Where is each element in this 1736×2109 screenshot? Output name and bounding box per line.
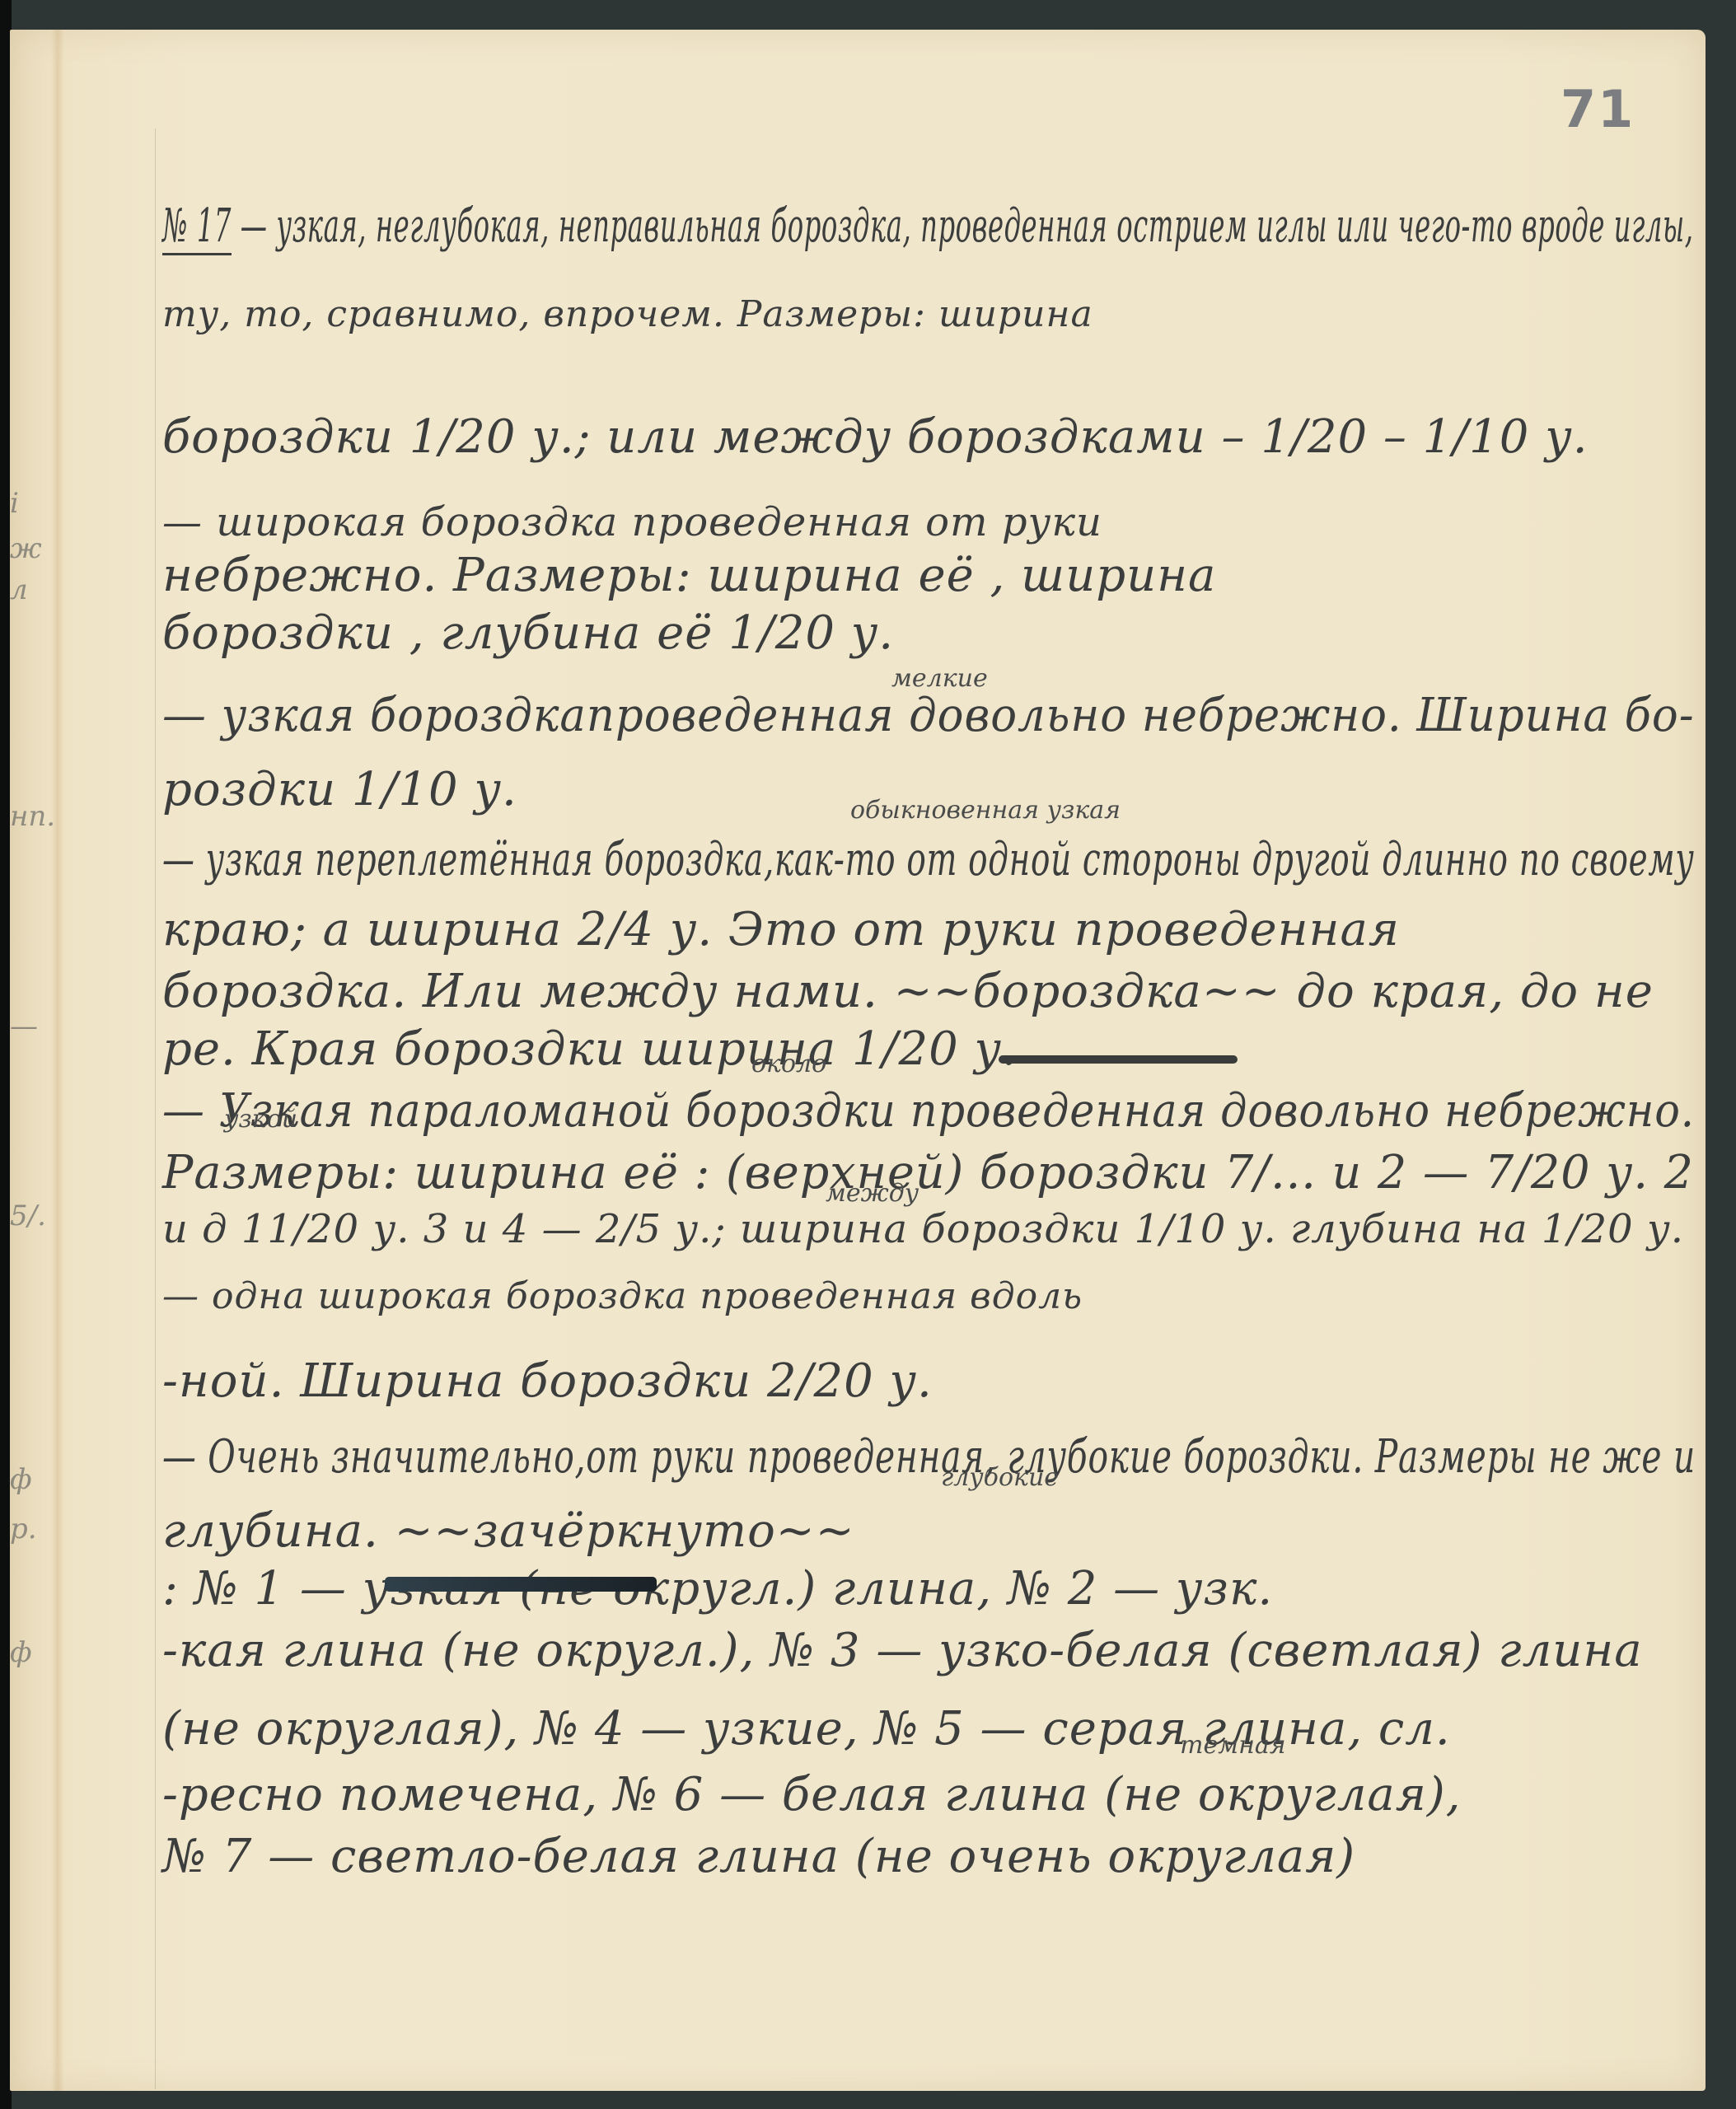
line-text: № 7 — светло-белая глина (не очень округ…	[162, 1830, 1355, 1883]
line-text: Размеры: ширина её : (верхней) бороздки …	[162, 1146, 1694, 1199]
line-text: бороздка. Или между нами. ~~бороздка~~ д…	[162, 965, 1654, 1018]
manuscript-line: — Очень значительно,от руки проведенная,…	[162, 1430, 1280, 1484]
manuscript-line: глубина. ~~зачёркнуто~~	[162, 1504, 1695, 1558]
page-number: 71	[1561, 79, 1635, 139]
manuscript-line: — узкая переплетённая бороздка,как-то от…	[162, 833, 1228, 886]
line-text: ломаной бороздки проведенная довольно не…	[475, 1084, 1695, 1138]
interlinear-insertion: обыкновенная узкая	[850, 796, 1121, 825]
manuscript-line: -ной. Ширина бороздки 2/20 у.	[162, 1354, 1695, 1408]
manuscript-line: (не округлая), № 4 — узкие, № 5 — серая …	[162, 1702, 1695, 1756]
manuscript-line: № 17 — узкая, неглубокая, неправильная б…	[162, 199, 1044, 253]
line-text: и д 11/20 у. 3 и 4 — 2/5 у.; ширина боро…	[162, 1206, 1684, 1252]
facing-page-fragment: 5/.	[10, 1199, 59, 1232]
manuscript-line: бороздка. Или между нами. ~~бороздка~~ д…	[162, 965, 1695, 1018]
interlinear-insertion: около	[751, 1050, 826, 1078]
line-text: -ной. Ширина бороздки 2/20 у.	[162, 1354, 933, 1408]
manuscript-line: ту, то, сравнимо, впрочем. Размеры: шири…	[162, 293, 1695, 335]
manuscript-line: — широкая бороздка проведенная от руки	[162, 499, 1695, 545]
facing-page-fragment: ф	[10, 1636, 59, 1669]
line-text: небрежно. Размеры: ширина её , ширина	[162, 549, 1216, 602]
manuscript-page: і ж л нп. — 5/. ф р. ф 71 № 17 — узкая, …	[10, 30, 1706, 2091]
line-text: бороздки 1/20 у.; или между бороздками –…	[162, 410, 1589, 464]
manuscript-line: № 7 — светло-белая глина (не очень округ…	[162, 1830, 1695, 1883]
ink-blot-strikethrough	[385, 1577, 657, 1592]
line-text: от руки проведенная, глубокие бороздки. …	[586, 1430, 1696, 1484]
line-text: бороздки , глубина её 1/20 у.	[162, 606, 894, 660]
manuscript-line: и д 11/20 у. 3 и 4 — 2/5 у.; ширина боро…	[162, 1206, 1695, 1252]
interlinear-insertion: глубокие	[941, 1463, 1059, 1492]
line-text: глубина. ~~зачёркнуто~~	[162, 1504, 855, 1558]
manuscript-line: -ресно помечена, № 6 — белая глина (не о…	[162, 1768, 1695, 1821]
line-text: : № 1 — узкая (не округл.) глина, № 2 — …	[162, 1562, 1273, 1616]
line-text: — узкая бороздка	[162, 689, 587, 742]
manuscript-line: — Узкая параломаной бороздки проведенная…	[162, 1084, 1556, 1138]
line-text: -кая глина (не округл.), № 3 — узко-бела…	[162, 1624, 1643, 1677]
page-fold	[51, 30, 64, 2091]
manuscript-line: — узкая бороздкапроведенная довольно неб…	[162, 689, 1611, 742]
line-text: как-то от одной стороны другой длинно по…	[774, 833, 1695, 886]
interlinear-insertion: узкой	[224, 1105, 297, 1134]
manuscript-line: бороздки 1/20 у.; или между бороздками –…	[162, 410, 1695, 464]
line-text: — узкая, неглубокая, неправильная борозд…	[232, 199, 1694, 253]
manuscript-line: ре. Края бороздки ширина 1/20 у.	[162, 1022, 1695, 1076]
manuscript-line: бороздки , глубина её 1/20 у.	[162, 606, 1695, 660]
line-text: проведенная довольно небрежно. Ширина бо…	[587, 689, 1695, 742]
facing-page-fragment: р.	[10, 1513, 59, 1546]
line-text: краю; а ширина 2/4 у. Это от руки провед…	[162, 903, 1400, 956]
manuscript-line: краю; а ширина 2/4 у. Это от руки провед…	[162, 903, 1695, 956]
manuscript-line: небрежно. Размеры: ширина её , ширина	[162, 549, 1695, 602]
line-text: -ресно помечена, № 6 — белая глина (не о…	[162, 1768, 1461, 1821]
facing-page-fragment: —	[10, 1010, 59, 1043]
facing-page-fragment: ф	[10, 1463, 59, 1496]
line-text: — одна широкая бороздка проведенная вдол…	[162, 1275, 1083, 1317]
manuscript-line: — одна широкая бороздка проведенная вдол…	[162, 1275, 1695, 1317]
manuscript-line: -кая глина (не округл.), № 3 — узко-бела…	[162, 1624, 1695, 1677]
facing-page-fragment: нп.	[10, 800, 59, 833]
line-text: — Узкая пара	[162, 1084, 475, 1138]
line-text: роздки 1/10 у.	[162, 763, 517, 816]
line-text: — широкая бороздка проведенная от руки	[162, 499, 1102, 545]
line-text: ре. Края бороздки ширина 1/20 у.	[162, 1022, 1018, 1076]
entry-number: № 17	[162, 199, 232, 253]
interlinear-insertion: между	[826, 1179, 919, 1208]
strikethrough-mark	[999, 1055, 1238, 1064]
line-text: ту, то, сравнимо, впрочем. Размеры: шири…	[162, 293, 1093, 335]
facing-page-fragment: ж	[10, 532, 59, 565]
line-text: — узкая переплетённая бороздка,	[162, 833, 774, 886]
facing-page-fragment: л	[10, 573, 59, 606]
manuscript-line: Размеры: ширина её : (верхней) бороздки …	[162, 1146, 1681, 1199]
line-text: — Очень значительно,	[162, 1430, 586, 1484]
margin-rule	[155, 129, 156, 2089]
facing-page-fragment: і	[10, 487, 59, 520]
interlinear-insertion: темная	[1180, 1731, 1286, 1760]
